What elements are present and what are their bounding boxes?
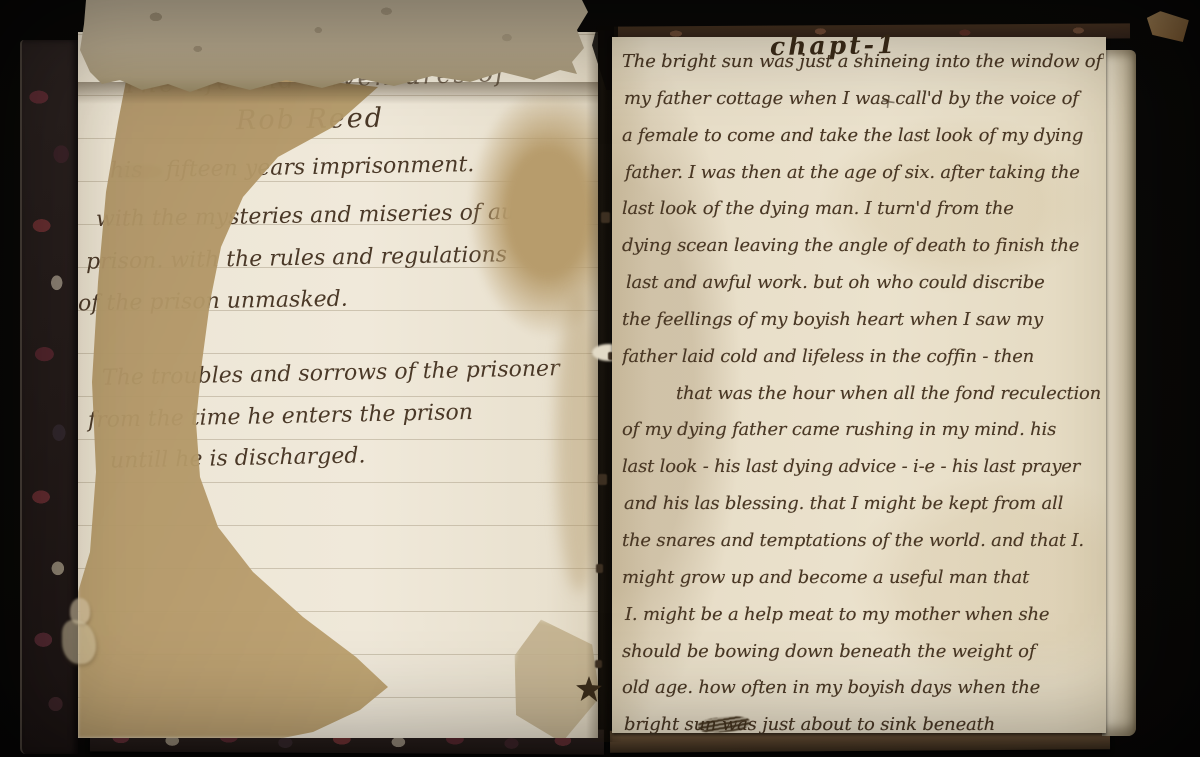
manuscript-line: the feellings of my boyish heart when I … — [622, 309, 1104, 346]
embossed-figure — [56, 598, 104, 668]
manuscript-line: a female to come and take the last look … — [622, 125, 1104, 162]
page-fore-edge-stack — [1102, 50, 1136, 736]
manuscript-line: and his las blessing. that I might be ke… — [624, 493, 1104, 530]
manuscript-line: might grow up and become a useful man th… — [622, 567, 1104, 604]
manuscript-line: bright sun was just about to sink beneat… — [624, 714, 1104, 733]
embossed-figure-body — [62, 620, 96, 664]
manuscript-line: that was the hour when all the fond recu… — [676, 383, 1104, 420]
manuscript-line: father laid cold and lifeless in the cof… — [622, 346, 1104, 383]
left-page: The life and adventures of Rob Reed hisf… — [78, 32, 598, 738]
binding-stitch — [595, 660, 602, 668]
manuscript-line: last and awful work. but oh who could di… — [626, 272, 1104, 309]
manuscript-line: last look of the dying man. I turn'd fro… — [622, 198, 1104, 235]
manuscript-line: The bright sun was just a shineing into … — [622, 51, 1104, 88]
manuscript-text-block: The bright sun was just a shineing into … — [622, 51, 1104, 733]
manuscript-line: dying scean leaving the angle of death t… — [622, 235, 1104, 272]
manuscript-line: I. might be a help meat to my mother whe… — [625, 604, 1104, 641]
binding-stitch — [596, 564, 603, 573]
binding-stitch — [601, 212, 610, 223]
photograph-of-open-manuscript: The life and adventures of Rob Reed hisf… — [0, 0, 1200, 757]
manuscript-line: old age. how often in my boyish days whe… — [622, 677, 1104, 714]
manuscript-line: last look - his last dying advice - i-e … — [622, 456, 1104, 493]
manuscript-line: of my dying father came rushing in my mi… — [622, 419, 1104, 456]
manuscript-line: my father cottage when I was call'd by t… — [624, 88, 1104, 125]
torn-corner-fragment — [1144, 10, 1189, 43]
right-page: chapt-1 + The bright sun was just a shin… — [612, 37, 1106, 733]
binding-stitch — [598, 474, 607, 485]
manuscript-line: should be bowing down beneath the weight… — [622, 641, 1104, 678]
manuscript-line: the snares and temptations of the world.… — [622, 530, 1104, 567]
manuscript-line: father. I was then at the age of six. af… — [625, 162, 1104, 199]
